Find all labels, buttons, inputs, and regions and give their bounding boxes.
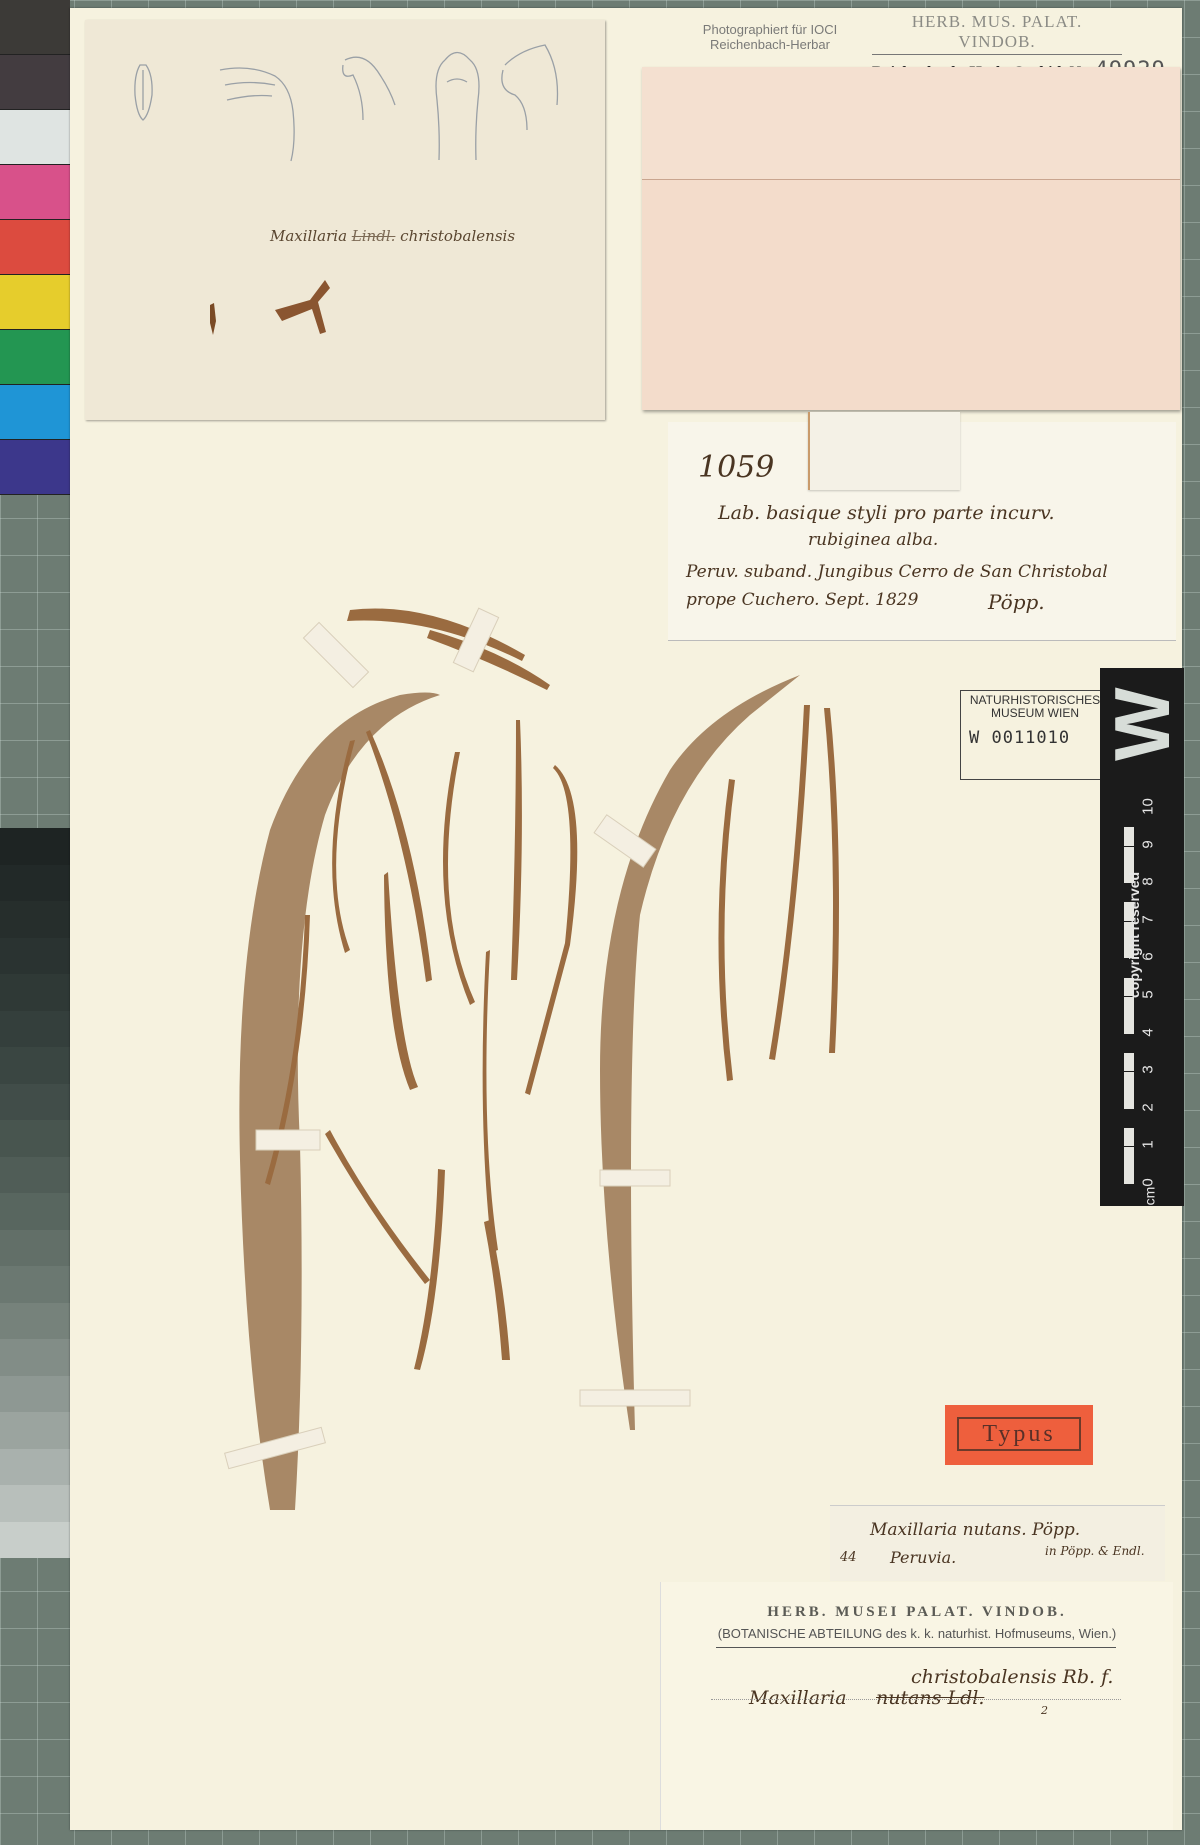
label-department: (BOTANISCHE ABTEILUNG des k. k. naturhis… [661,1626,1173,1641]
ruler-cm-segment [1104,1071,1134,1109]
gray-step [0,938,70,975]
ruler-tick-label: 9 [1140,834,1157,854]
gray-step [0,1412,70,1449]
color-swatch [0,110,70,165]
old-label-number: 44 [840,1550,857,1565]
gray-step [0,1339,70,1376]
gray-step [0,1230,70,1267]
gray-step [0,1266,70,1303]
label-dotted-line [711,1699,1121,1700]
ruler-tick-label: 7 [1140,909,1157,929]
left-stem [239,693,440,1511]
label-mark: 2 [1041,1704,1048,1717]
old-label-name: Maxillaria nutans. Pöpp. [870,1520,1080,1540]
photographed-for-stamp: Photographiert für IOCI Reichenbach-Herb… [690,22,850,52]
label-struck-epithet: nutans Ldl. [876,1687,984,1709]
ruler-cm-segment [1104,1034,1134,1072]
ruler-tick-label: 5 [1140,985,1157,1005]
copyright-text: copyright reserved [1126,798,1142,998]
typus-text: Typus [957,1417,1081,1451]
label-institution: HERB. MUSEI PALAT. VINDOB. [661,1604,1173,1621]
gray-step [0,1120,70,1157]
gray-step [0,828,70,865]
folded-paper-strip [808,412,960,490]
grayscale-calibration-chart [0,828,70,1558]
color-swatch [0,385,70,440]
ruler-tick-label: 6 [1140,947,1157,967]
gray-step [0,1084,70,1121]
original-determination-label: Maxillaria nutans. Pöpp. 44 Peruvia. in … [830,1505,1165,1581]
color-swatch [0,165,70,220]
right-stem [600,675,800,1430]
ruler-cm-segment [1104,1109,1134,1147]
label-rule [716,1647,1116,1648]
gray-step [0,1193,70,1230]
color-swatch [0,275,70,330]
gray-step [0,1157,70,1194]
label-genus: Maxillaria [749,1687,847,1709]
specimen-number: W 0011010 [969,728,1109,748]
photo-stamp-line2: Reichenbach-Herbar [690,37,850,52]
herbarium-name: HERB. MUS. PALAT. VINDOB. [872,12,1122,55]
collector-signature: Pöpp. [988,590,1045,614]
gray-step [0,1449,70,1486]
label-line2: rubiginea alba. [808,530,938,550]
old-label-locality: Peruvia. [890,1548,956,1567]
collector-number: 1059 [698,450,774,485]
gray-step [0,1011,70,1048]
ruler-cm-segment [1104,1146,1134,1184]
label-line1: Lab. basique styli pro parte incurv. [718,502,1055,524]
ruler-tick-label: 4 [1140,1022,1157,1042]
gray-step [0,1522,70,1559]
envelope-flap [642,67,1180,180]
ruler-tick-label: 1 [1140,1135,1157,1155]
ruler-cm-segment [1104,996,1134,1034]
orchid-specimen [200,590,920,1510]
gray-step [0,901,70,938]
color-swatch [0,330,70,385]
museum-barcode-stamp: NATURHISTORISCHES MUSEUM WIEN W 0011010 [960,690,1110,780]
flower-fragments [85,20,605,420]
color-swatch [0,220,70,275]
fragment-envelope [642,67,1180,410]
ruler-tick-label: 8 [1140,872,1157,892]
gray-step [0,1485,70,1522]
museum-determination-label: HERB. MUSEI PALAT. VINDOB. (BOTANISCHE A… [660,1582,1173,1830]
ruler-tick-label: 2 [1140,1097,1157,1117]
typus-label: Typus [945,1405,1093,1465]
color-swatch [0,55,70,110]
gray-step [0,865,70,902]
color-swatch [0,0,70,55]
photo-stamp-line1: Photographiert für IOCI [690,22,850,37]
gray-step [0,1303,70,1340]
gray-step [0,1376,70,1413]
label-locality: Peruv. suband. Jungibus Cerro de San Chr… [686,562,1108,582]
w-logo-icon: W [1097,693,1187,761]
sketch-paper: Maxillaria Lindl. christobalensis [85,20,605,420]
gray-step [0,1047,70,1084]
gray-step [0,974,70,1011]
ruler-tick-label: 3 [1140,1060,1157,1080]
color-calibration-chart [0,0,70,495]
ruler-tick-label: 10 [1140,797,1157,817]
color-swatch [0,440,70,495]
label-epithet: christobalensis Rb. f. [911,1666,1113,1688]
scale-ruler: W 012345678910 copyright reserved cm [1100,668,1184,1206]
ruler-unit: cm [1141,1187,1157,1206]
museum-name-line2: MUSEUM WIEN [961,707,1109,720]
old-label-note: in Pöpp. & Endl. [1045,1544,1145,1558]
